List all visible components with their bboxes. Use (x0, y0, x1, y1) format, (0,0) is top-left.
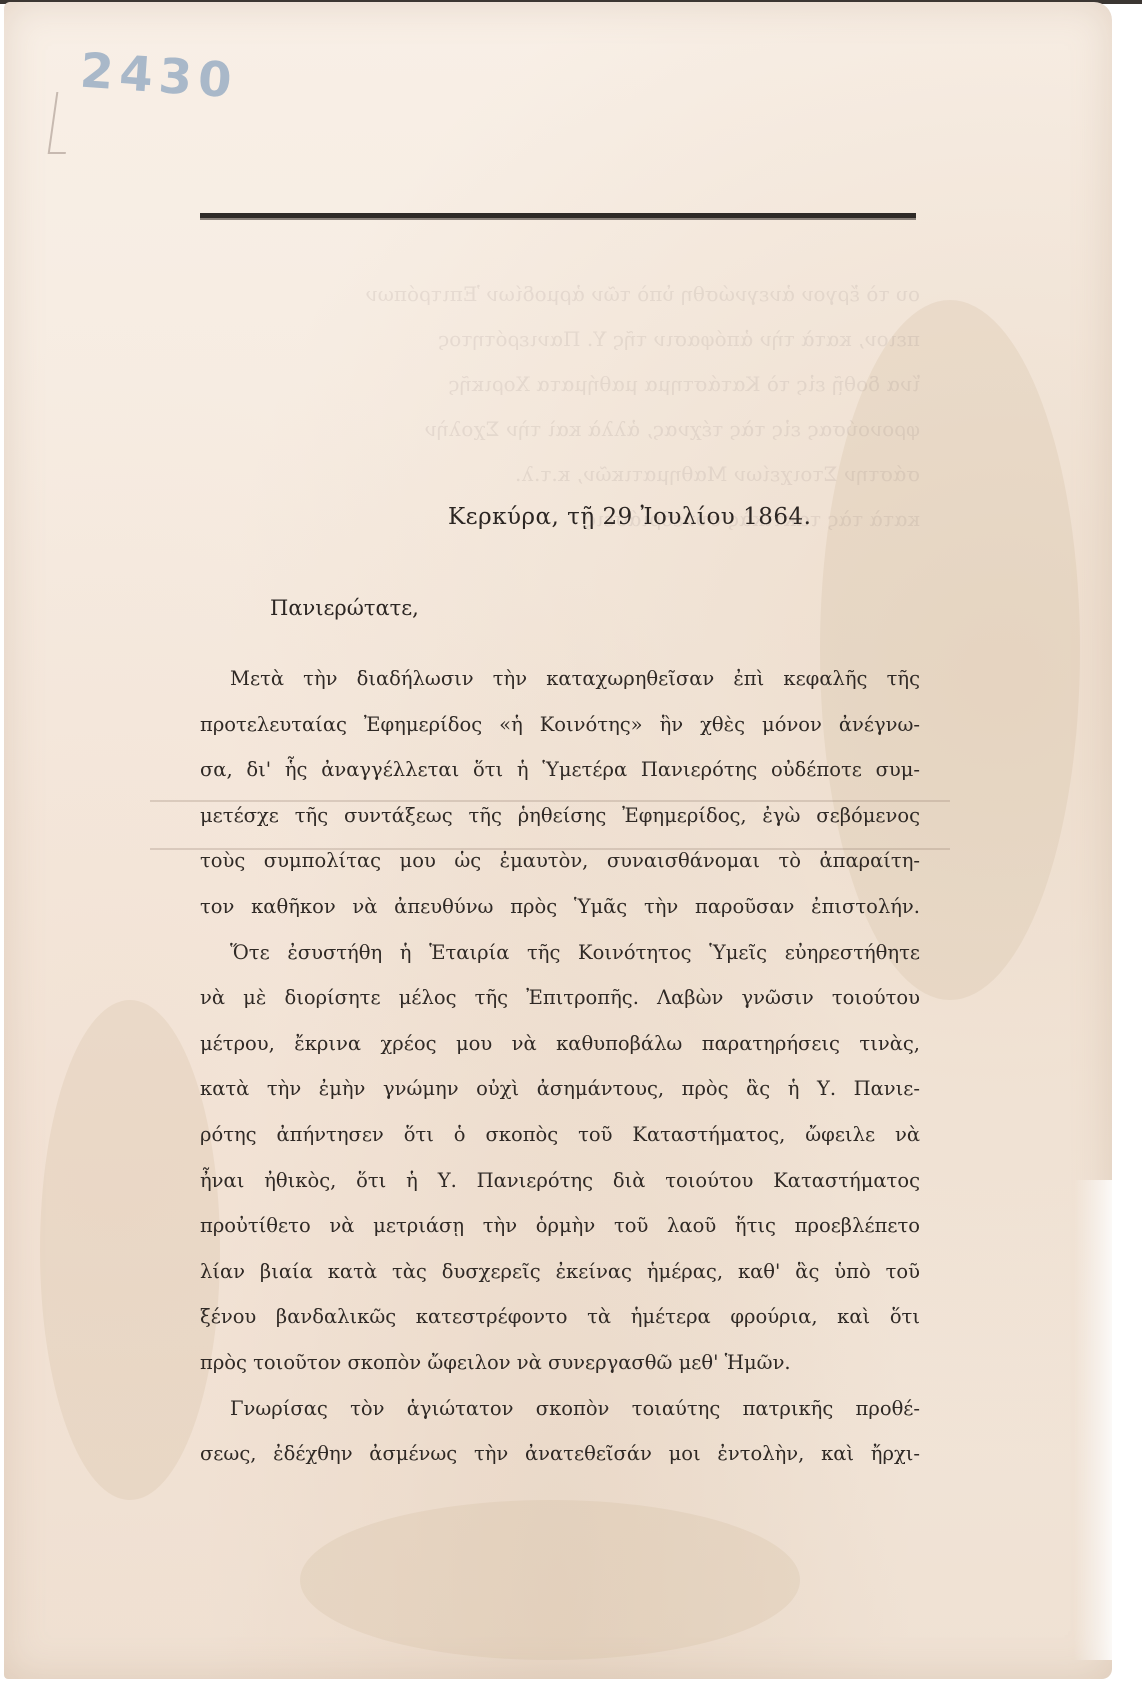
body-line: τον καθῆκον νὰ ἀπευθύνω πρὸς Ὑμᾶς τὴν πα… (200, 884, 920, 930)
body-line: κατὰ τὴν ἐμὴν γνώμην οὐχὶ ἀσημάντους, πρ… (200, 1066, 920, 1112)
body-line: μετέσχε τῆς συντάξεως τῆς ῥηθείσης Ἐφημε… (200, 793, 920, 839)
catalog-number-stamp: 2430 (78, 43, 239, 110)
body-line: νὰ μὲ διορίσητε μέλος τῆς Ἐπιτροπῆς. Λαβ… (200, 975, 920, 1021)
body-line: Μετὰ τὴν διαδήλωσιν τὴν καταχωρηθεῖσαν ἐ… (200, 656, 920, 702)
body-line: σα, δι' ἧς ἀναγγέλλεται ὅτι ἡ Ὑμετέρα Πα… (200, 747, 920, 793)
paper-stain (40, 1000, 220, 1500)
body-line: λίαν βιαία κατὰ τὰς δυσχερεῖς ἐκείνας ἡμ… (200, 1249, 920, 1295)
torn-edge (1074, 1180, 1114, 1660)
body-line: ξένου βανδαλικῶς κατεστρέφοντο τὰ ἡμέτερ… (200, 1294, 920, 1340)
body-line: τοὺς συμπολίτας μου ὡς ἐμαυτὸν, συναισθά… (200, 838, 920, 884)
letter-body: Μετὰ τὴν διαδήλωσιν τὴν καταχωρηθεῖσαν ἐ… (200, 656, 920, 1477)
dateline: Κερκύρα, τῇ 29 Ἰουλίου 1864. (448, 504, 811, 530)
body-line: Ὅτε ἐσυστήθη ἡ Ἑταιρία τῆς Κοινότητος Ὑμ… (200, 930, 920, 976)
body-line: σεως, ἐδέχθην ἀσμένως τὴν ἀνατεθεῖσάν μο… (200, 1431, 920, 1477)
body-line: προτελευταίας Ἐφημερίδος «ἡ Κοινότης» ἣν… (200, 702, 920, 748)
body-line: προὐτίθετο νὰ μετριάσῃ τὴν ὁρμὴν τοῦ λαο… (200, 1203, 920, 1249)
header-rule (200, 213, 916, 220)
body-line: Γνωρίσας τὸν ἁγιώτατον σκοπὸν τοιαύτης π… (200, 1386, 920, 1432)
body-line: ἦναι ἠθικὸς, ὅτι ἡ Υ. Πανιερότης διὰ τοι… (200, 1158, 920, 1204)
body-line: μέτρου, ἔκρινα χρέος μου νὰ καθυποβάλω π… (200, 1021, 920, 1067)
body-line: ρότης ἀπήντησεν ὅτι ὁ σκοπὸς τοῦ Καταστή… (200, 1112, 920, 1158)
paper-stain (300, 1500, 800, 1660)
body-line: πρὸς τοιοῦτον σκοπὸν ὤφειλον νὰ συνεργασ… (200, 1340, 920, 1386)
salutation: Πανιερώτατε, (270, 596, 419, 620)
